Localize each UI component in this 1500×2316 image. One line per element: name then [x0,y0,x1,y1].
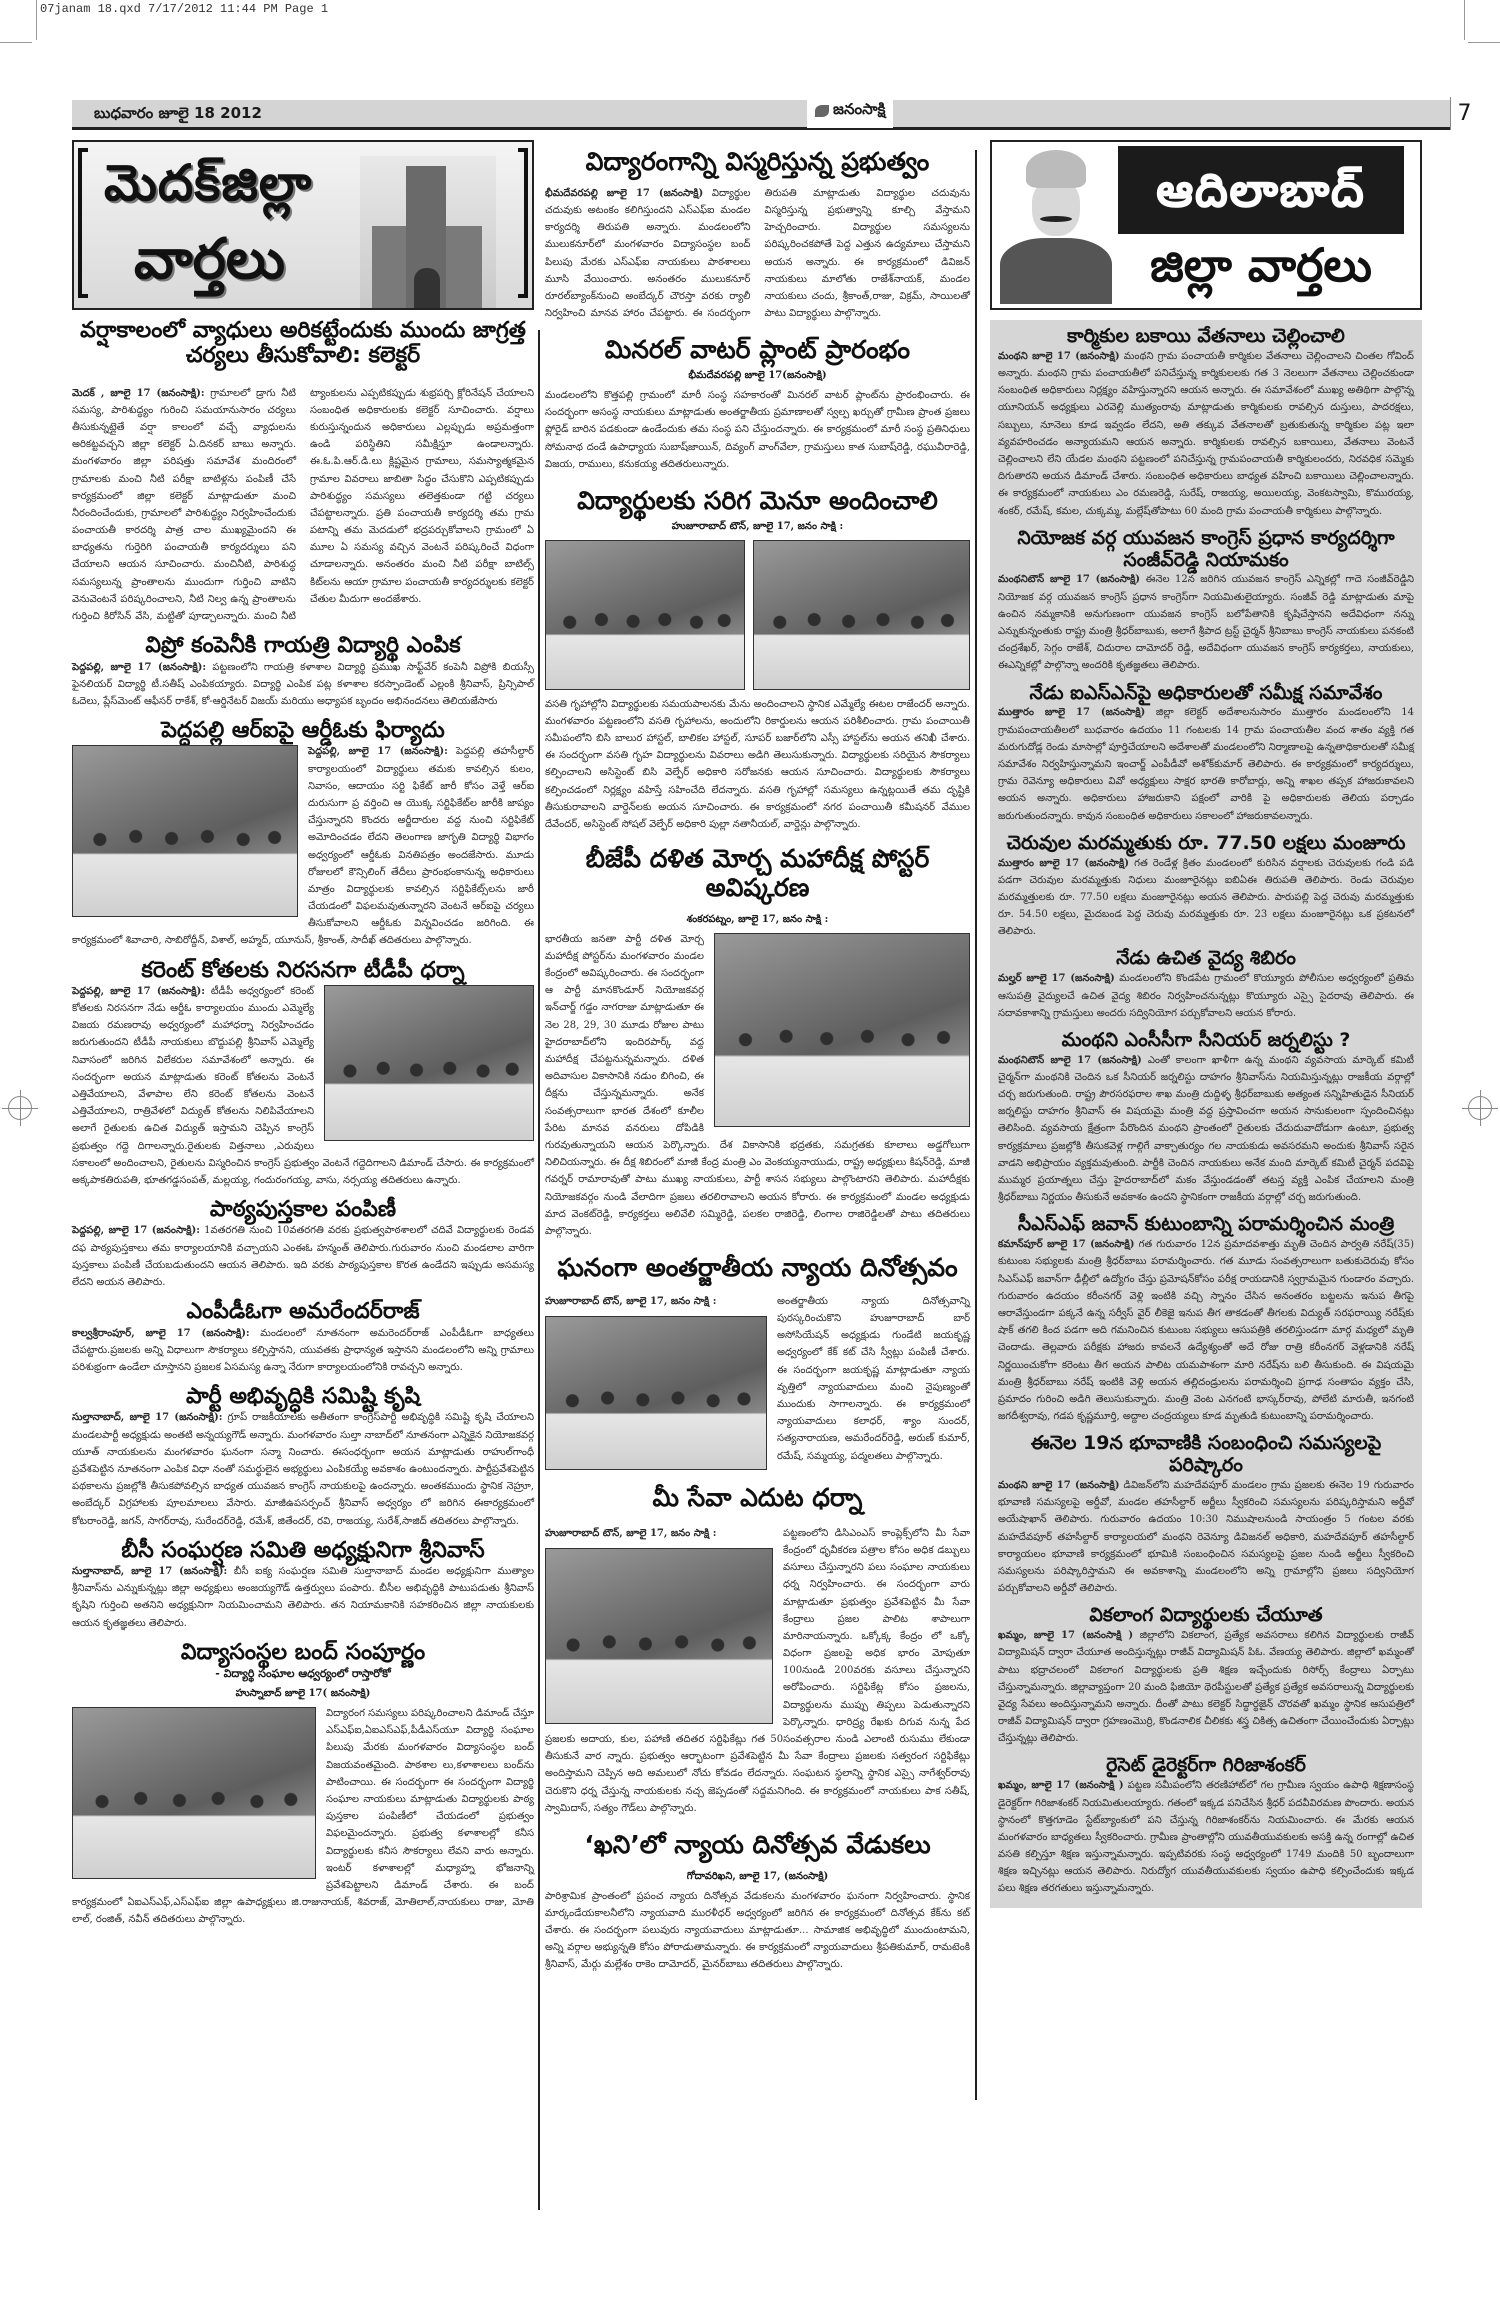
headline: నేడు ఉచిత వైద్య శిబిరం [998,948,1414,970]
news-story: ‘ఖని’లో న్యాయ దినోత్సవ వేడుకలు గోదావరిఖన… [545,1831,970,1974]
dateline: మంథని జూలై 17 (జనంసాక్షి) [998,1480,1119,1491]
logo-leaf-icon [815,105,829,117]
news-photo [714,933,970,1127]
dateline: మంథనిటౌన్ జూలై 17 (జనంసాక్షి) [998,1055,1142,1066]
story-body: విద్యార్థుల చదువుకు అటంకం కలిగిస్తుందని … [545,188,970,319]
news-story: మీ సేవా ఎదుట ధర్నా హుజూరాబాద్ టౌన్, జూలై… [545,1484,970,1817]
headline: ఘనంగా అంతర్జాతీయ న్యాయ దినోత్సవం [545,1254,970,1283]
banner-subtitle: జిల్లా వార్తలు [1118,238,1404,304]
banner-title: ఆదిలాబాద్ [1118,146,1404,234]
headline: నేడు ఐఎస్ఎన్‌పై అధికారులతో సమీక్ష సమావేశ… [998,683,1414,705]
dateline: ఖమ్మం, జూలై 17 (జనంసాక్షి ) [998,1780,1124,1791]
news-story: పార్టీ అభివృద్ధికి సమిష్టి కృషి సుల్తానా… [72,1384,534,1530]
news-story: విప్రో కంపెనీకి గాయత్రి విద్యార్థి ఎంపిక… [72,633,534,710]
news-story: బీజేపీ దళిత మోర్చ మహాదీక్ష పోస్టర్ అవిష్… [545,845,970,1240]
middle-column: విద్యారంగాన్ని విస్మరిస్తున్న ప్రభుత్వం … [545,140,970,1974]
headline: పాఠ్యపుస్తకాల పంపిణీ [72,1197,534,1222]
story-body: మండలంలోని కొత్తపల్లి గ్రామంలో మారీ సంస్థ… [545,387,970,473]
news-story: సీఎస్ఎఫ్ జవాన్ కుటుంబాన్ని పరామర్శించిన … [998,1214,1414,1425]
column-divider [975,150,977,2100]
banner-title: మెదక్‌జిల్లా [104,154,312,225]
photo-row [545,540,970,690]
trim-mark [36,0,37,40]
photo-block: హుజూరాబాద్ టౌన్, జూలై 17, జనం సాక్షి : [545,1293,767,1470]
headline: సీఎస్ఎఫ్ జవాన్ కుటుంబాన్ని పరామర్శించిన … [998,1214,1414,1236]
news-story: నియోజక వర్గ యువజన కాంగ్రెస్ ప్రధాన కార్య… [998,528,1414,675]
story-body: గ్రూప్ రాజకీయాలకు అతీతంగా కాంగ్రెస్‌పార్… [72,1412,534,1526]
dateline: ఖమ్మం, జూలై 17 (జనంసాక్షి ) [998,1630,1133,1641]
story-body: అంతర్జాతీయ న్యాయ దినోత్సవాన్ని పురస్కరిం… [777,1296,970,1462]
story-body: గత రెండేళ్ల క్రితం మండలంలో కురిసిన వర్షా… [998,858,1414,938]
sub-headline: - విద్యార్థి సంఘాల ఆధ్వర్యంలో రాస్తారోకో [72,1667,534,1683]
adilabad-district-banner: ఆదిలాబాద్ జిల్లా వార్తలు [990,140,1422,310]
news-photo [324,985,534,1141]
headline: ఎంపీడీఓగా అమరేందర్‌రాజ్ [72,1299,534,1324]
dateline: హుజూరాబాద్ టౌన్, జూలై 17, జనం సాక్షి : [545,520,970,534]
masthead: బుధవారం జూలై 18 2012 జనంసాక్షి 7 [72,100,1478,130]
dateline: పెద్దపల్లి, జూలై 17 (జనంసాక్షి): [72,662,206,673]
news-story: మంథని ఎంసీసీగా సీనియర్ జర్నలిస్టు ? మంథన… [998,1030,1414,1207]
news-story: మినరల్ వాటర్ ప్లాంట్ ప్రారంభం భీమదేవరపల్… [545,336,970,473]
news-story: ఎంపీడీఓగా అమరేందర్‌రాజ్ కాల్వశ్రీరాంపూర్… [72,1299,534,1376]
headline: కార్మికుల బకాయి వేతనాలు చెల్లించాలి [998,326,1414,348]
dateline: హుజూరాబాద్ టౌన్, జూలై 17, జనం సాక్షి : [545,1293,767,1310]
story-body: జిల్లాలోని వికలాంగ, ప్రత్యేక అవసరాలు కలి… [998,1630,1414,1744]
dateline: కమాన్‌పూర్ జూలై 17 (జనంసాక్షి) [998,1239,1134,1250]
story-body: డివిజన్‌లోని మహదేవపూర్ మండలం గ్రామ ప్రజల… [998,1480,1414,1594]
story-body: మంథని గ్రామ పంచాయతీ కార్మికుల వేతనాలు చె… [998,351,1414,517]
headline: మినరల్ వాటర్ ప్లాంట్ ప్రారంభం [545,336,970,365]
headline: ఈనెల 19న భూవాణికి సంబంధించి సమస్యలపై పరి… [998,1433,1414,1477]
story-body: జిల్లా కలెక్టర్ అదేశాలనుసారం ముత్తారం మం… [998,707,1414,821]
dateline: మంథనిటౌన్ జూలై 17 (జనంసాక్షి) [998,574,1140,585]
dateline: సుల్తానాబాద్, జూలై 17 (జనంసాక్షి): [72,1412,222,1423]
headline: నియోజక వర్గ యువజన కాంగ్రెస్ ప్రధాన కార్య… [998,528,1414,572]
dateline: గోదావరిఖని, జూలై 17, (జనంసాక్షి) [545,1870,970,1884]
dateline: శంకరపట్నం, జూలై 17, జనం సాక్షి : [545,913,970,927]
print-slug: 07janam 18.qxd 7/17/2012 11:44 PM Page 1 [40,2,328,16]
registration-mark-icon [1462,1090,1498,1126]
headline: రైసెట్ డైరెక్టర్‌గా గిరిజాశంకర్ [998,1755,1414,1777]
headline: ‘ఖని’లో న్యాయ దినోత్సవ వేడుకలు [545,1831,970,1860]
news-story: ఘనంగా అంతర్జాతీయ న్యాయ దినోత్సవం హుజూరాబ… [545,1254,970,1470]
issue-date: బుధవారం జూలై 18 2012 [94,104,262,126]
news-photo [545,1316,767,1470]
headline: మంథని ఎంసీసీగా సీనియర్ జర్నలిస్టు ? [998,1030,1414,1052]
paper-logo: జనంసాక్షి [807,96,893,128]
news-story: పెద్దపల్లి ఆర్ఐపై ఆర్డీఓకు ఫిర్యాదు పెద్… [72,718,534,950]
headline: చెరువుల మరమ్మతుకు రూ. 77.50 లక్షలు మంజూర… [998,833,1414,855]
bracket-left [78,148,88,298]
headline: బీసీ సంఘర్షణ సమితి అధ్యక్షునిగా శ్రీనివా… [72,1538,534,1563]
trim-mark [1464,0,1465,40]
story-body: గ్రామాలలో డ్రాగు నీటి సమస్య, పారిశుద్ధ్య… [72,388,534,622]
news-photo [545,540,745,690]
shaded-news-box: కార్మికుల బకాయి వేతనాలు చెల్లించాలి మంథన… [990,320,1422,1908]
church-photo [360,156,496,308]
news-story: విద్యాసంస్థల బంద్ సంపూర్ణం - విద్యార్థి … [72,1640,534,1929]
news-story: రైసెట్ డైరెక్టర్‌గా గిరిజాశంకర్ ఖమ్మం, జ… [998,1755,1414,1897]
story-body: పట్టణ సమీపంలోని తరణిహాట్‌లో గల గ్రామీణ స… [998,1780,1414,1894]
headline: విప్రో కంపెనీకి గాయత్రి విద్యార్థి ఎంపిక [72,633,534,658]
story-body: పారిశ్రామిక ప్రాంతంలో ప్రపంచ న్యాయ దినోత… [545,1888,970,1974]
news-story: బీసీ సంఘర్షణ సమితి అధ్యక్షునిగా శ్రీనివా… [72,1538,534,1632]
news-story: పాఠ్యపుస్తకాల పంపిణీ పెద్దపల్లి, జూలై 17… [72,1197,534,1291]
column-divider [538,330,540,2210]
dateline: హుజూరాబాద్ టౌన్, జూలై 17, జనం సాక్షి : [545,1525,773,1542]
dateline: పెద్దపల్లి, జూలై 17 (జనంసాక్షి): [308,746,448,757]
headline: విద్యార్థులకు సరిగ మెనూ అందించాలి [545,487,970,516]
medak-district-banner: మెదక్‌జిల్లా వార్తలు [72,140,534,310]
bracket-right [518,148,528,298]
news-story: వర్షాకాలంలో వ్యాధులు అరికట్టేందుకు ముందు… [72,318,534,625]
dateline: కాల్వశ్రీరాంపూర్, జూలై 17 (జనంసాక్షి): [72,1328,250,1339]
headline: వికలాంగ విద్యార్థులకు చేయూత [998,1605,1414,1627]
headline: వర్షాకాలంలో వ్యాధులు అరికట్టేందుకు ముందు… [72,318,534,369]
news-photo [72,745,298,917]
photo-block: హుజూరాబాద్ టౌన్, జూలై 17, జనం సాక్షి : [545,1525,773,1724]
news-photo [72,1707,316,1879]
news-story: కరెంట్ కోతలకు నిరసనగా టీడీపీ ధర్నా పెద్ద… [72,958,534,1190]
headline: మీ సేవా ఎదుట ధర్నా [545,1484,970,1513]
news-photo [753,540,970,690]
dateline: ముత్తారం జూలై 17 (జనంసాక్షి) [998,707,1145,718]
story-body: ఈనెల 12న జరిగిన యువజన కాంగ్రెస్ ఎన్నికల్… [998,574,1414,671]
banner-subtitle: వార్తలు [134,227,285,306]
dateline: భీమదేవరపల్లి జూలై 17(జనంసాక్షి) [545,369,970,383]
dateline: పెద్దపల్లి, జూలై 17 (జనంసాక్షి): [72,1225,200,1236]
headline: విద్యాసంస్థల బంద్ సంపూర్ణం [72,1640,534,1665]
story-body: ఎంతో కాలంగా ఖాళీగా ఉన్న మంథని వ్యవసాయ మా… [998,1055,1414,1204]
news-story: విద్యార్థులకు సరిగ మెనూ అందించాలి హుజూరా… [545,487,970,833]
news-story: కార్మికుల బకాయి వేతనాలు చెల్లించాలి మంథన… [998,326,1414,520]
headline: పార్టీ అభివృద్ధికి సమిష్టి కృషి [72,1384,534,1409]
trim-mark [1468,42,1500,43]
left-column: మెదక్‌జిల్లా వార్తలు వర్షాకాలంలో వ్యాధుల… [72,140,534,1928]
dateline: భీమదేవరపల్లి జూలై 17 (జనంసాక్షి) [545,188,703,199]
headline: విద్యారంగాన్ని విస్మరిస్తున్న ప్రభుత్వం [545,148,970,177]
news-story: ఈనెల 19న భూవాణికి సంబంధించి సమస్యలపై పరి… [998,1433,1414,1597]
headline: బీజేపీ దళిత మోర్చ మహాదీక్ష పోస్టర్ అవిష్… [545,845,970,903]
dateline: మెదక్ , జూలై 17 (జనంసాక్షి): [72,388,205,399]
news-story: నేడు ఉచిత వైద్య శిబిరం మల్హర్ జూలై 17 (జ… [998,948,1414,1021]
story-body: గత గురువారం 12న ప్రమాదవశాత్తు మృతి చెంది… [998,1239,1414,1422]
trim-mark [0,42,32,43]
paper-name: జనంసాక్షి [833,100,885,122]
dateline: హుస్నాబాద్ జూలై 17( జనంసాక్షి) [72,1687,534,1701]
dateline: మంథని జూలై 17 (జనంసాక్షి) [998,351,1120,362]
dateline: ముత్తారం జూలై 17 (జనంసాక్షి) [998,858,1129,869]
headline: పెద్దపల్లి ఆర్ఐపై ఆర్డీఓకు ఫిర్యాదు [72,718,534,743]
dateline: మల్హర్ జూలై 17 (జనంసాక్షి) [998,973,1115,984]
headline: కరెంట్ కోతలకు నిరసనగా టీడీపీ ధర్నా [72,958,534,983]
news-story: వికలాంగ విద్యార్థులకు చేయూత ఖమ్మం, జూలై … [998,1605,1414,1747]
right-column: ఆదిలాబాద్ జిల్లా వార్తలు కార్మికుల బకాయి… [990,140,1422,1908]
news-story: నేడు ఐఎస్ఎన్‌పై అధికారులతో సమీక్ష సమావేశ… [998,683,1414,825]
news-photo [545,1548,773,1724]
registration-mark-icon [2,1090,38,1126]
page-number: 7 [1450,97,1478,130]
portrait-photo [996,146,1116,306]
story-body: వసతి గృహాల్లోని విద్యార్థులకు సమయపాలనకు … [545,696,970,834]
news-story: చెరువుల మరమ్మతుకు రూ. 77.50 లక్షలు మంజూర… [998,833,1414,941]
dateline: పెద్దపల్లి, జూలై 17 (జనంసాక్షి): [72,986,205,997]
dateline: సుల్తానాబాద్, జూలై 17 (జనంసాక్షి): [72,1566,227,1577]
news-story: విద్యారంగాన్ని విస్మరిస్తున్న ప్రభుత్వం … [545,148,970,322]
